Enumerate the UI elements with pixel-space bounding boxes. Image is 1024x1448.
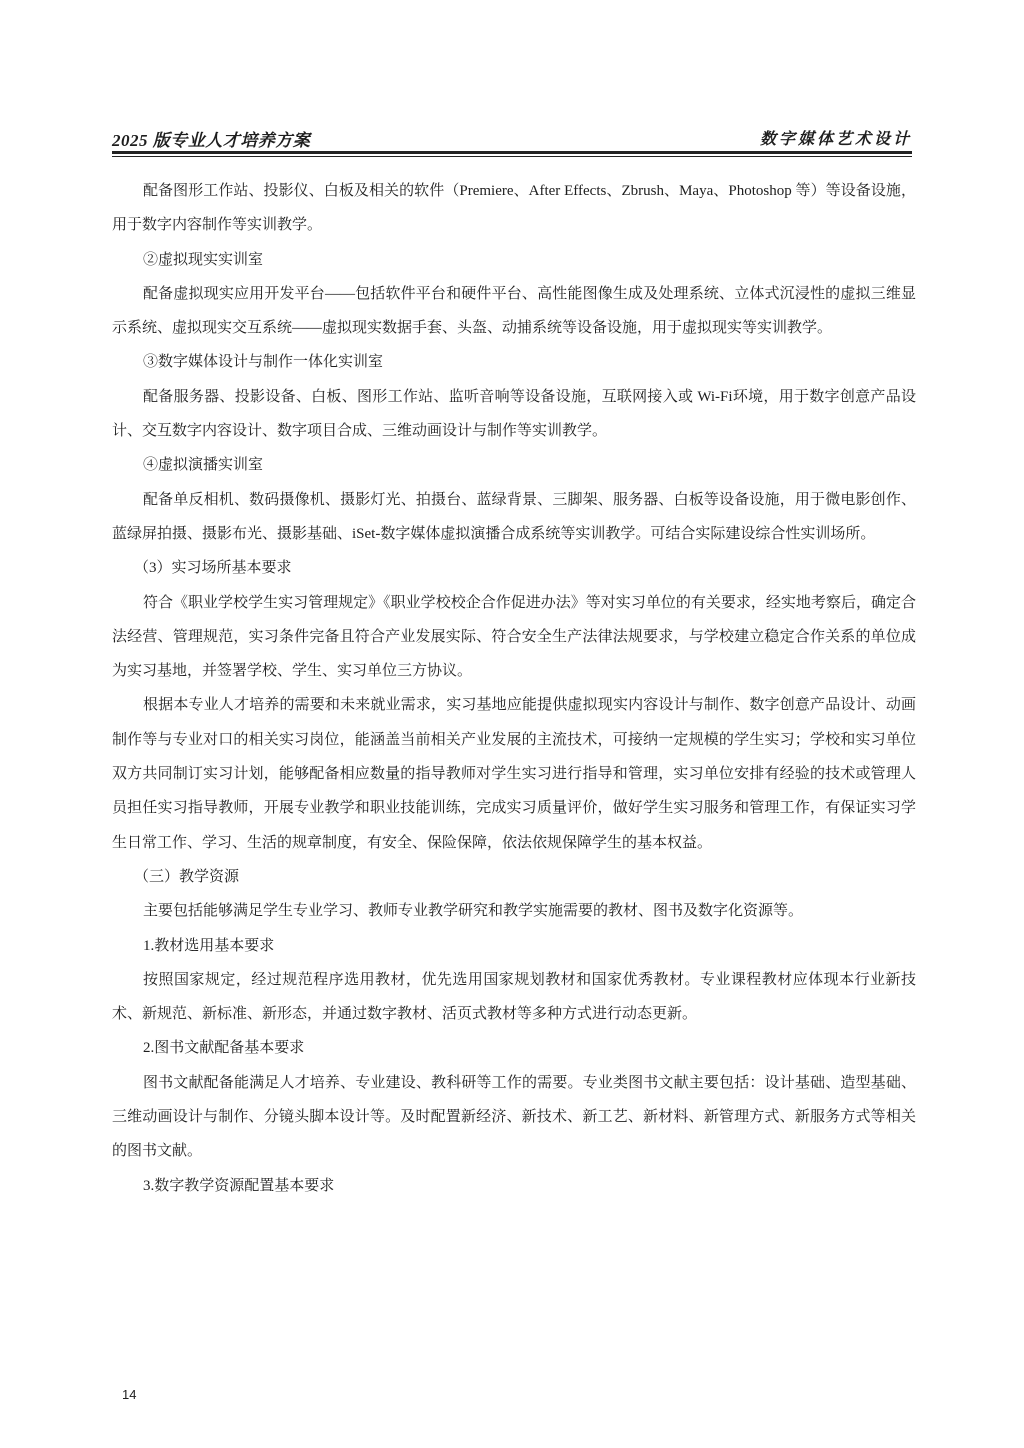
page-number: 14 [122, 1387, 136, 1402]
header-document-title: 2025 版专业人才培养方案 [112, 126, 310, 151]
heading-internship-requirements: （3）实习场所基本要求 [112, 551, 916, 585]
paragraph-virtual-studio-lab: 配备单反相机、数码摄像机、摄影灯光、拍摄台、蓝绿背景、三脚架、服务器、白板等设备… [112, 483, 916, 552]
heading-vr-lab: ②虚拟现实实训室 [112, 243, 916, 277]
paragraph-graphics-equipment: 配备图形工作站、投影仪、白板及相关的软件（Premiere、After Effe… [112, 174, 916, 243]
heading-digital-resources: 3.数字教学资源配置基本要求 [112, 1169, 916, 1203]
heading-library-resources: 2.图书文献配备基本要求 [112, 1031, 916, 1065]
paragraph-teaching-resources: 主要包括能够满足学生专业学习、教师专业教学研究和教学实施需要的教材、图书及数字化… [112, 894, 916, 928]
heading-textbook-selection: 1.教材选用基本要求 [112, 929, 916, 963]
paragraph-digital-media-lab: 配备服务器、投影设备、白板、图形工作站、监听音响等设备设施，互联网接入或 Wi-… [112, 380, 916, 449]
paragraph-library-resources: 图书文献配备能满足人才培养、专业建设、教科研等工作的需要。专业类图书文献主要包括… [112, 1066, 916, 1169]
heading-virtual-studio-lab: ④虚拟演播实训室 [112, 448, 916, 482]
heading-digital-media-lab: ③数字媒体设计与制作一体化实训室 [112, 345, 916, 379]
running-header: 2025 版专业人才培养方案 数字媒体艺术设计 [112, 126, 912, 152]
paragraph-textbook-selection: 按照国家规定，经过规范程序选用教材，优先选用国家规划教材和国家优秀教材。专业课程… [112, 963, 916, 1032]
paragraph-internship-2: 根据本专业人才培养的需要和未来就业需求，实习基地应能提供虚拟现实内容设计与制作、… [112, 688, 916, 859]
header-major-name: 数字媒体艺术设计 [760, 126, 912, 149]
page-body: 配备图形工作站、投影仪、白板及相关的软件（Premiere、After Effe… [112, 174, 916, 1203]
paragraph-internship-1: 符合《职业学校学生实习管理规定》《职业学校校企合作促进办法》等对实习单位的有关要… [112, 586, 916, 689]
header-rule-thin [112, 156, 912, 157]
header-rule-thick [112, 151, 912, 154]
paragraph-vr-lab: 配备虚拟现实应用开发平台——包括软件平台和硬件平台、高性能图像生成及处理系统、立… [112, 277, 916, 346]
heading-teaching-resources: （三）教学资源 [112, 860, 916, 894]
